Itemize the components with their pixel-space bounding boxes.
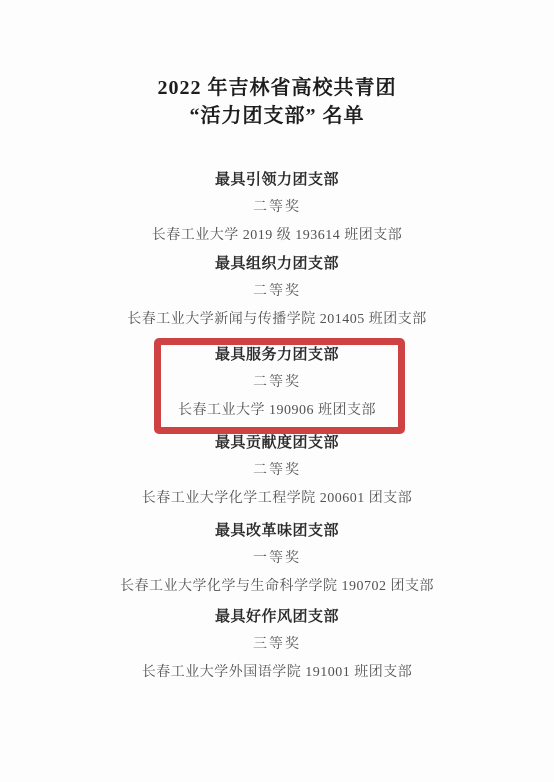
section-category: 最具好作风团支部	[0, 608, 554, 626]
award-section: 最具改革味团支部 一等奖 长春工业大学化学与生命科学学院 190702 团支部	[0, 522, 554, 606]
title-line-2: “活力团支部” 名单	[0, 102, 554, 130]
section-category: 最具贡献度团支部	[0, 434, 554, 452]
award-level: 二等奖	[0, 283, 554, 301]
section-category: 最具改革味团支部	[0, 522, 554, 540]
award-recipient: 长春工业大学新闻与传播学院 201405 班团支部	[0, 311, 554, 329]
award-section-highlighted: 最具服务力团支部 二等奖 长春工业大学 190906 班团支部	[0, 346, 554, 430]
award-section: 最具引领力团支部 二等奖 长春工业大学 2019 级 193614 班团支部	[0, 171, 554, 255]
document-title: 2022 年吉林省高校共青团 “活力团支部” 名单	[0, 0, 554, 130]
award-recipient: 长春工业大学化学工程学院 200601 团支部	[0, 490, 554, 508]
award-level: 一等奖	[0, 550, 554, 568]
award-level: 二等奖	[0, 462, 554, 480]
title-line-1: 2022 年吉林省高校共青团	[0, 74, 554, 102]
award-section: 最具好作风团支部 三等奖 长春工业大学外国语学院 191001 班团支部	[0, 608, 554, 692]
award-level: 二等奖	[0, 374, 554, 392]
award-recipient: 长春工业大学 2019 级 193614 班团支部	[0, 227, 554, 245]
section-category: 最具服务力团支部	[0, 346, 554, 364]
award-recipient: 长春工业大学化学与生命科学学院 190702 团支部	[0, 578, 554, 596]
award-recipient: 长春工业大学外国语学院 191001 班团支部	[0, 664, 554, 682]
award-section: 最具贡献度团支部 二等奖 长春工业大学化学工程学院 200601 团支部	[0, 434, 554, 518]
award-level: 三等奖	[0, 636, 554, 654]
document-page: 2022 年吉林省高校共青团 “活力团支部” 名单 最具引领力团支部 二等奖 长…	[0, 0, 554, 782]
section-category: 最具引领力团支部	[0, 171, 554, 189]
award-level: 二等奖	[0, 199, 554, 217]
award-section: 最具组织力团支部 二等奖 长春工业大学新闻与传播学院 201405 班团支部	[0, 255, 554, 339]
section-category: 最具组织力团支部	[0, 255, 554, 273]
award-recipient: 长春工业大学 190906 班团支部	[0, 402, 554, 420]
